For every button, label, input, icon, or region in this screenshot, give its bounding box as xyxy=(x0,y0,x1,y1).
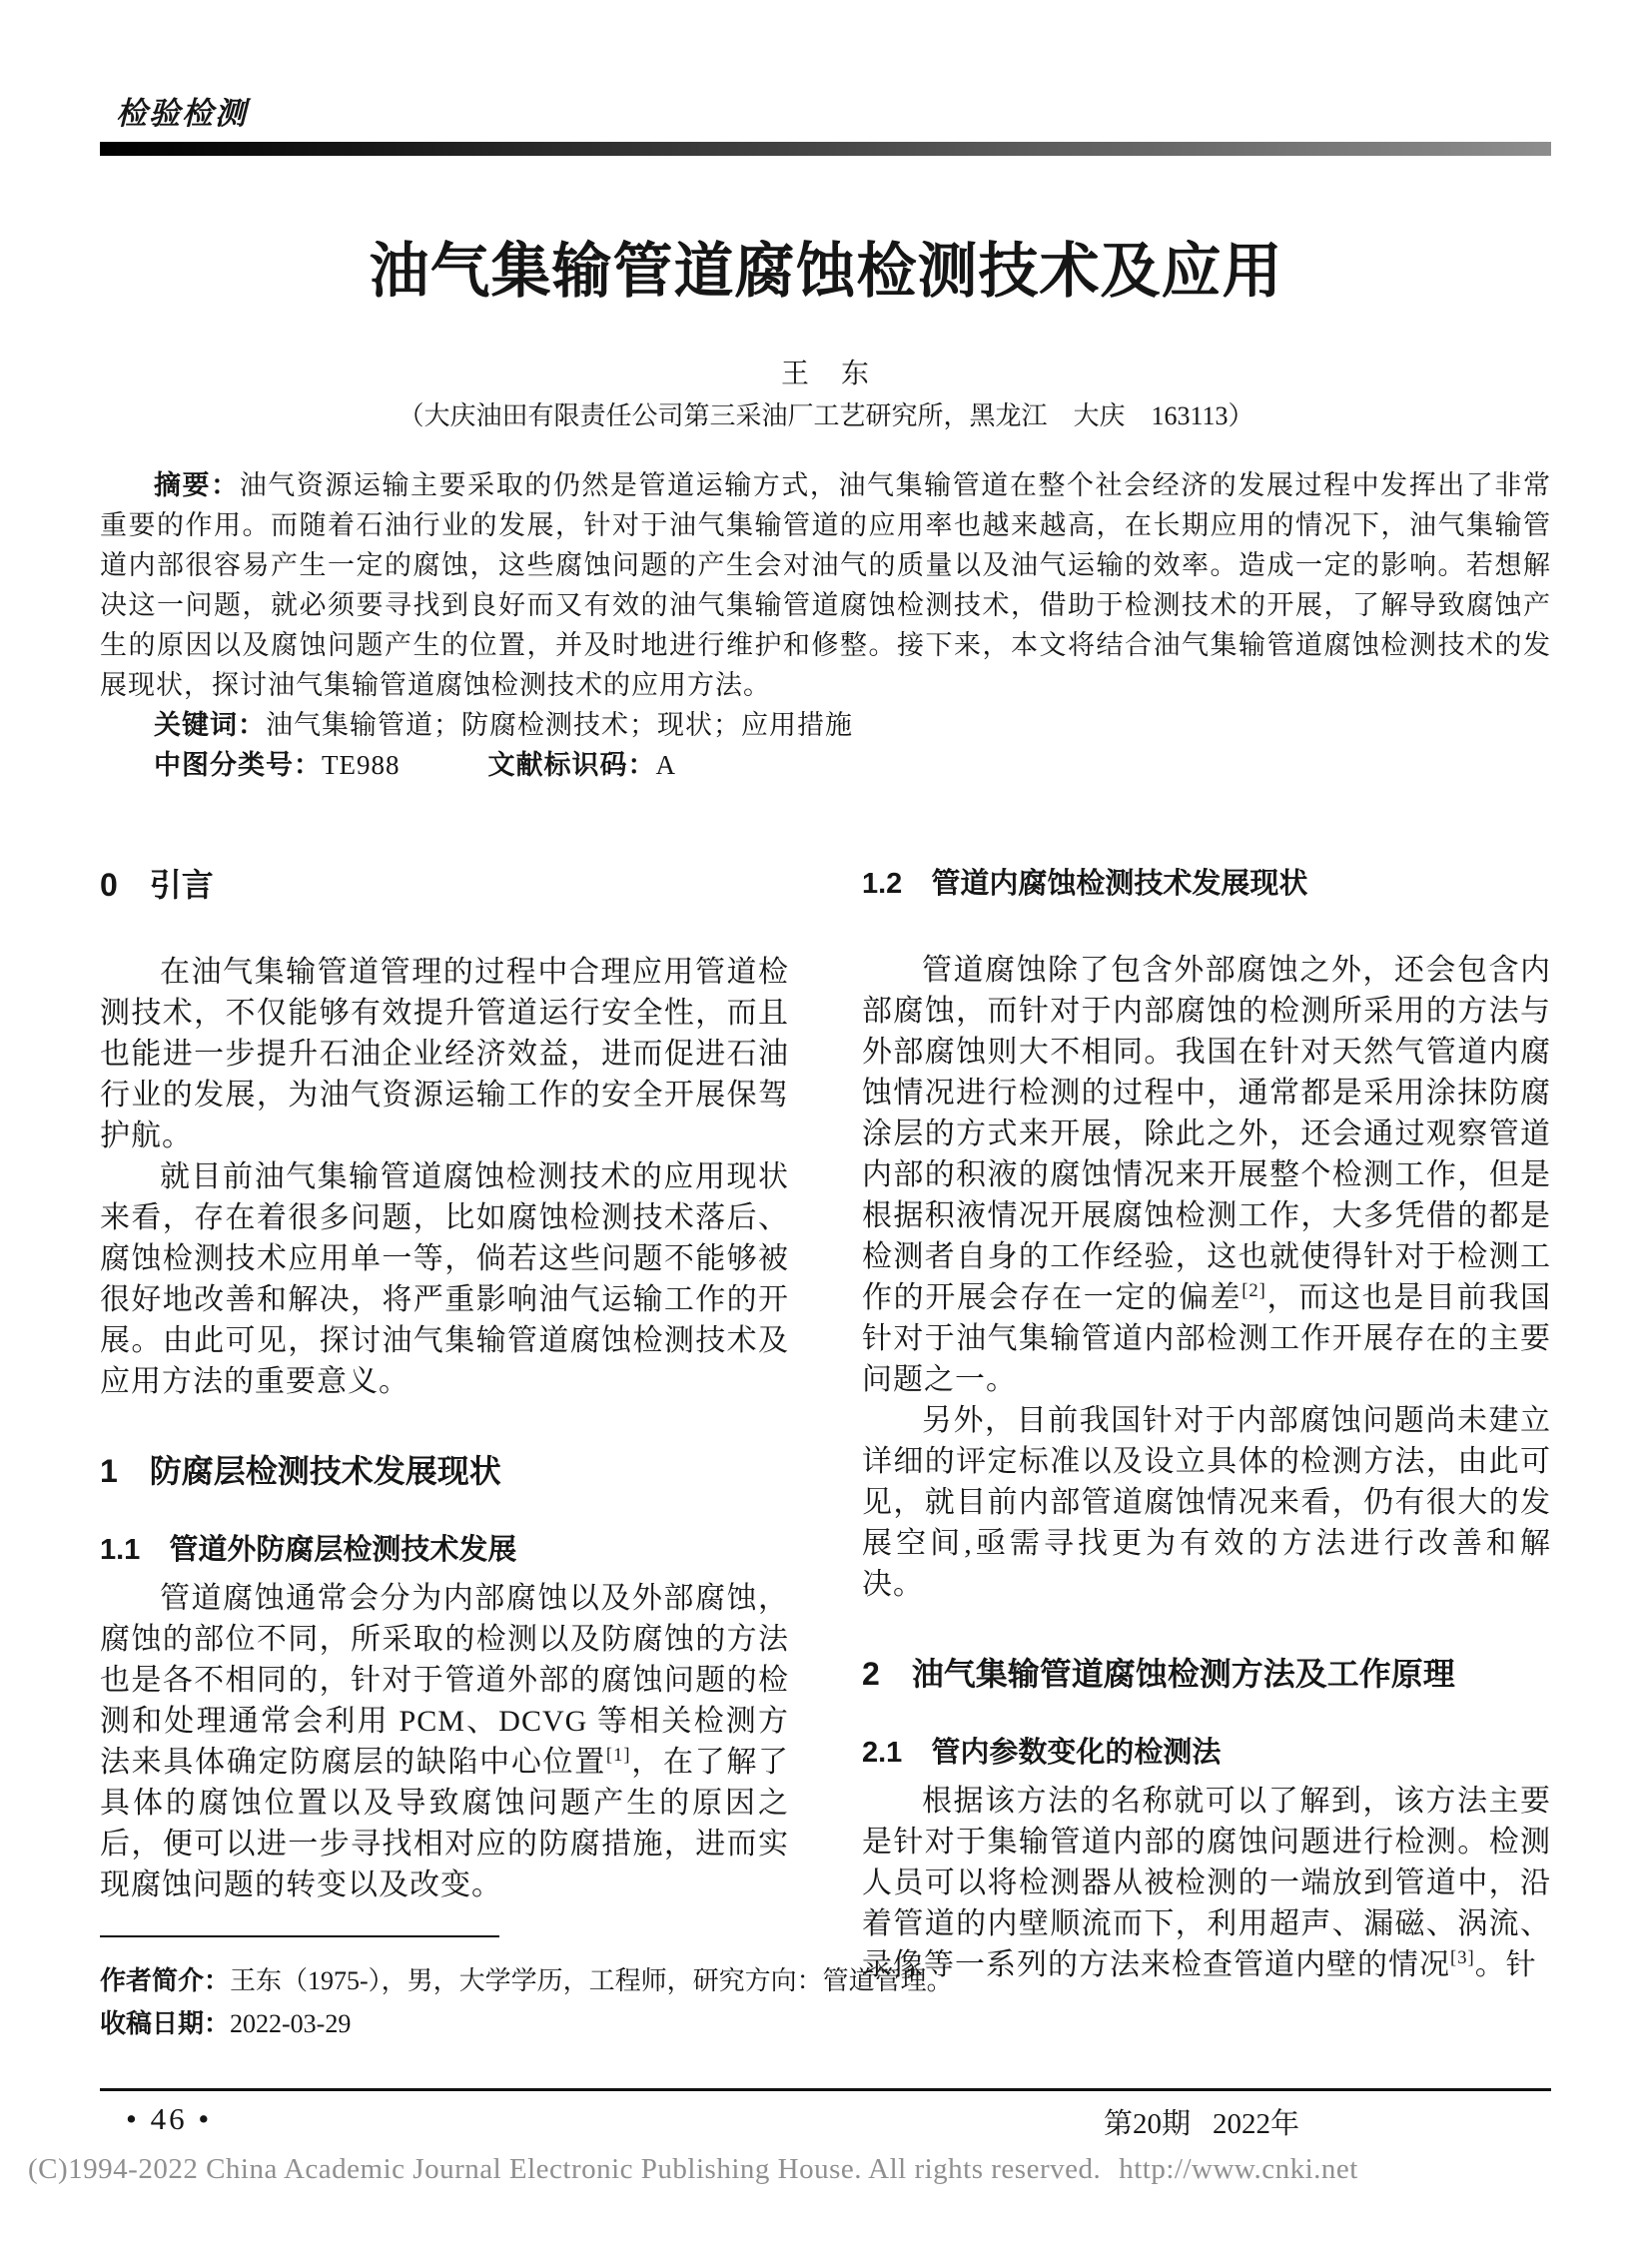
doc-id-value: A xyxy=(656,750,677,780)
footnote-divider xyxy=(100,1935,499,1937)
body-paragraph: 管道腐蚀通常会分为内部腐蚀以及外部腐蚀，腐蚀的部位不同，所采取的检测以及防腐蚀的… xyxy=(100,1578,789,1905)
page-number: • 46 • xyxy=(126,2101,212,2137)
body-paragraph: 在油气集输管道管理的过程中合理应用管道检测技术，不仅能够有效提升管道运行安全性，… xyxy=(100,952,789,1156)
copyright-text: (C)1994-2022 China Academic Journal Elec… xyxy=(28,2153,1101,2185)
received-date-line: 收稿日期：2022-03-29 xyxy=(100,2002,1019,2045)
paragraph-text: 管道腐蚀除了包含外部腐蚀之外，还会包含内部腐蚀，而针对于内部腐蚀的检测所采用的方… xyxy=(862,954,1551,1314)
cnki-url: http://www.cnki.net xyxy=(1119,2153,1358,2185)
document-page: 检验检测 油气集输管道腐蚀检测技术及应用 王 东 （大庆油田有限责任公司第三采油… xyxy=(0,0,1652,2242)
bio-text: 王东（1975-），男，大学学历，工程师，研究方向：管道管理。 xyxy=(230,1966,953,1995)
abstract-text: 油气资源运输主要采取的仍然是管道运输方式，油气集输管道在整个社会经济的发展过程中… xyxy=(100,470,1551,700)
clc-label: 中图分类号： xyxy=(154,750,322,780)
right-column: 1.2 管道内腐蚀检测技术发展现状 管道腐蚀除了包含外部腐蚀之外，还会包含内部腐… xyxy=(862,844,1551,1985)
body-paragraph: 管道腐蚀除了包含外部腐蚀之外，还会包含内部腐蚀，而针对于内部腐蚀的检测所采用的方… xyxy=(862,950,1551,1400)
section-heading-2-1: 2.1 管内参数变化的检测法 xyxy=(862,1733,1551,1773)
author-bio-line: 作者简介：王东（1975-），男，大学学历，工程师，研究方向：管道管理。 xyxy=(100,1959,1019,2002)
issue-year-value: 2022年 xyxy=(1213,2108,1299,2140)
citation-ref-2: [2] xyxy=(1241,1280,1266,1301)
copyright-line: (C)1994-2022 China Academic Journal Elec… xyxy=(28,2153,1358,2186)
abstract-paragraph: 摘要：油气资源运输主要采取的仍然是管道运输方式，油气集输管道在整个社会经济的发展… xyxy=(100,465,1551,705)
keywords-line: 关键词：油气集输管道；防腐检测技术；现状；应用措施 xyxy=(100,705,1551,745)
abstract-label: 摘要： xyxy=(154,470,240,500)
keywords-text: 油气集输管道；防腐检测技术；现状；应用措施 xyxy=(266,710,853,740)
classification-line: 中图分类号：TE988文献标识码：A xyxy=(100,745,1551,785)
body-paragraph: 就目前油气集输管道腐蚀检测技术的应用现状来看，存在着很多问题，比如腐蚀检测技术落… xyxy=(100,1156,789,1402)
header-gradient-rule xyxy=(100,142,1551,156)
date-text: 2022-03-29 xyxy=(230,2009,351,2038)
clc-value: TE988 xyxy=(322,750,401,780)
journal-column-label: 检验检测 xyxy=(116,88,248,133)
footer-rule xyxy=(100,2088,1551,2091)
author-name: 王 东 xyxy=(0,352,1652,391)
citation-ref-1: [1] xyxy=(606,1745,631,1766)
date-label: 收稿日期： xyxy=(100,2008,230,2038)
paragraph-text: 。针 xyxy=(1475,1948,1537,1981)
doc-id-label: 文献标识码： xyxy=(488,750,656,780)
issue-year: 第20期2022年 xyxy=(1104,2101,1299,2142)
section-heading-2: 2 油气集输管道腐蚀检测方法及工作原理 xyxy=(862,1653,1551,1695)
citation-ref-3: [3] xyxy=(1450,1947,1475,1968)
left-column: 0 引言 在油气集输管道管理的过程中合理应用管道检测技术，不仅能够有效提升管道运… xyxy=(100,844,789,1905)
page-title: 油气集输管道腐蚀检测技术及应用 xyxy=(0,224,1652,310)
body-paragraph: 另外，目前我国针对于内部腐蚀问题尚未建立详细的评定标准以及设立具体的检测方法，由… xyxy=(862,1400,1551,1605)
author-affiliation: （大庆油田有限责任公司第三采油厂工艺研究所，黑龙江 大庆 163113） xyxy=(0,395,1652,432)
section-heading-1: 1 防腐层检测技术发展现状 xyxy=(100,1450,789,1492)
section-heading-1-1: 1.1 管道外防腐层检测技术发展 xyxy=(100,1530,789,1570)
body-columns: 0 引言 在油气集输管道管理的过程中合理应用管道检测技术，不仅能够有效提升管道运… xyxy=(100,844,1551,1985)
issue-number: 第20期 xyxy=(1104,2108,1191,2140)
section-heading-1-2: 1.2 管道内腐蚀检测技术发展现状 xyxy=(862,864,1551,904)
bio-label: 作者简介： xyxy=(100,1965,230,1995)
footnote-block: 作者简介：王东（1975-），男，大学学历，工程师，研究方向：管道管理。 收稿日… xyxy=(100,1935,1019,2045)
keywords-label: 关键词： xyxy=(154,710,266,740)
front-matter: 摘要：油气资源运输主要采取的仍然是管道运输方式，油气集输管道在整个社会经济的发展… xyxy=(100,465,1551,785)
section-heading-0: 0 引言 xyxy=(100,864,789,906)
